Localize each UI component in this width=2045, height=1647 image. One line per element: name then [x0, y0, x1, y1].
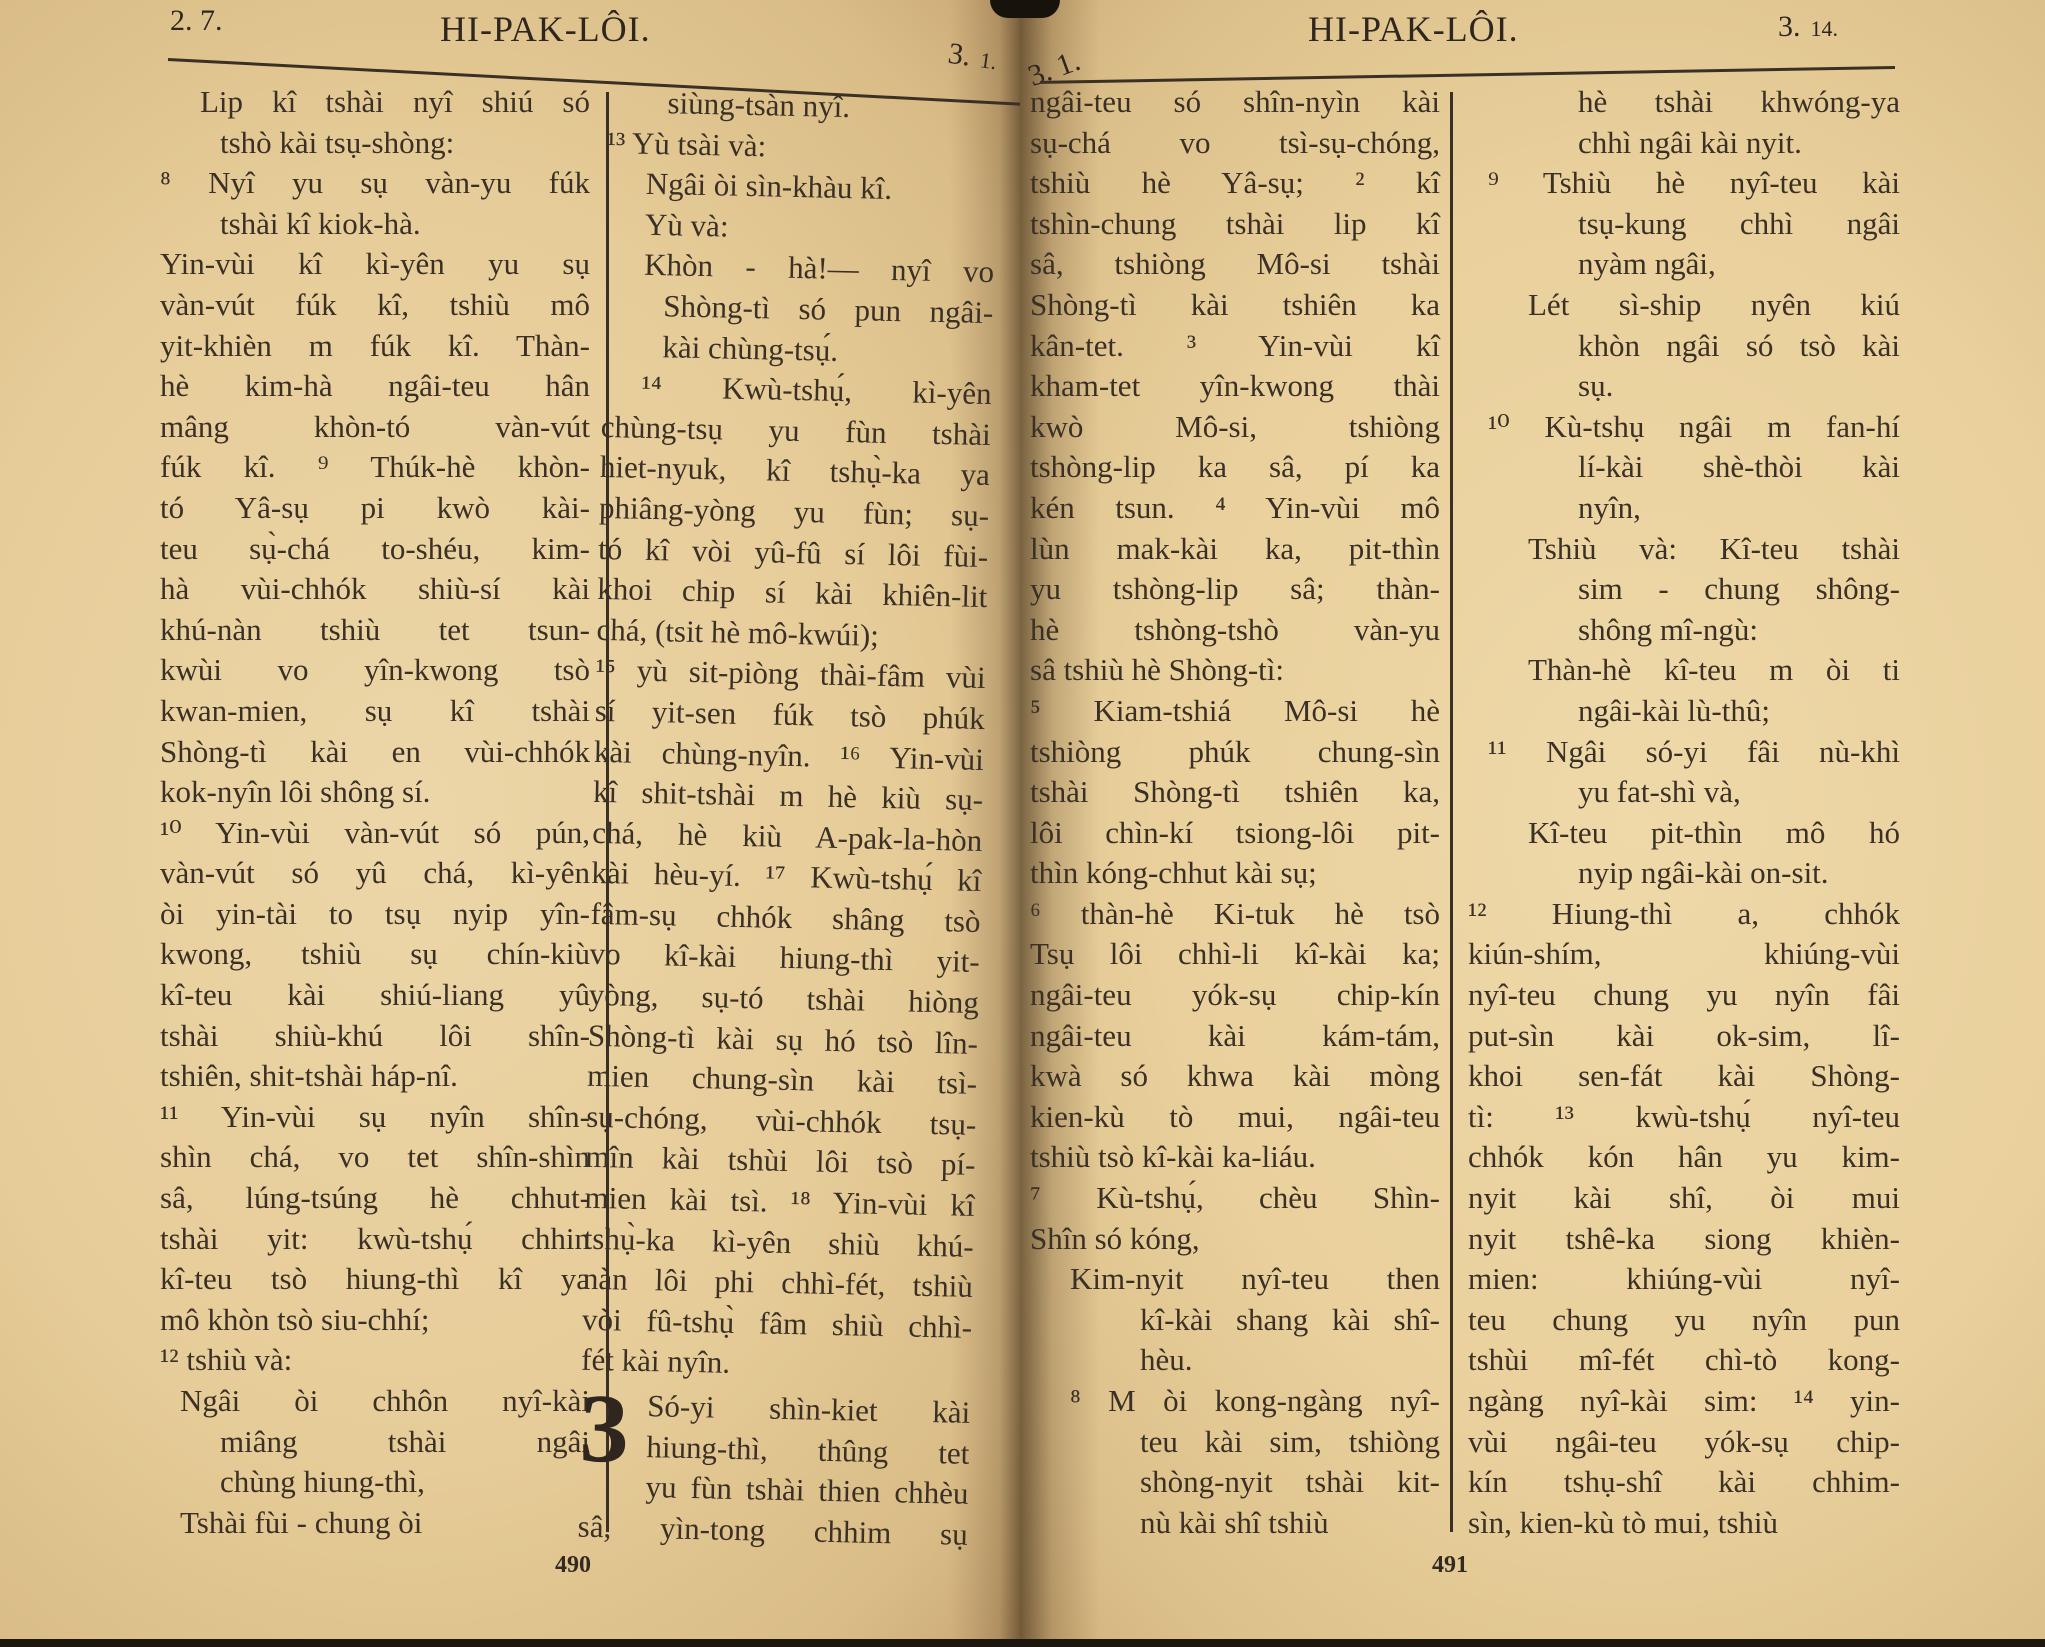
text-line: fét kài nyîn.	[581, 1340, 972, 1389]
text-line: tshiù hè Yâ-sụ; ² kî	[1030, 163, 1440, 204]
text-line: shông mî-ngù:	[1468, 610, 1900, 651]
verse-number: 14.	[1811, 16, 1839, 41]
right-page-column-2: hè tshài khwóng-yachhì ngâi kài nyit.⁹ T…	[1468, 82, 1900, 1543]
text-line: ⁸ M òi kong-ngàng nyî-	[1030, 1381, 1440, 1422]
text-line: Lip kî tshài nyî shiú só	[160, 82, 590, 123]
text-line: ⁶ thàn-hè Ki-tuk hè tsò	[1030, 894, 1440, 935]
left-page: 2. 7. HI-PAK-LÔI. 3.1. Lip kî tshài nyî …	[0, 0, 1020, 1647]
text-line: hè tshài khwóng-ya	[1468, 82, 1900, 123]
page-number: 490	[555, 1552, 591, 1579]
chapter-number: 3.	[1778, 10, 1801, 43]
text-line: sâ, yìn-tong chhim sụ	[577, 1506, 968, 1555]
text-line: ngâi-teu só shîn-nyìn kài	[1030, 82, 1440, 123]
chapter-drop-cap: 3	[579, 1387, 630, 1472]
text-line: khú-nàn tshiù tet tsun-	[160, 610, 590, 651]
text-line: nyit tshê-ka siong khièn-	[1468, 1219, 1900, 1260]
text-line: ⁷ Kù-tshụ́, chèu Shìn-	[1030, 1178, 1440, 1219]
text-line: kham-tet yîn-kwong thài	[1030, 366, 1440, 407]
text-line: put-sìn kài ok-sim, lî-	[1468, 1016, 1900, 1057]
text-line: kien-kù tò mui, ngâi-teu	[1030, 1097, 1440, 1138]
book-spread: 2. 7. HI-PAK-LÔI. 3.1. Lip kî tshài nyî …	[0, 0, 2045, 1647]
text-line: teu kài sim, tshiòng	[1030, 1422, 1440, 1463]
running-head-title: HI-PAK-LÔI.	[1308, 8, 1519, 50]
text-line: ⁸ Nyî yu sụ vàn-yu fúk	[160, 163, 590, 204]
text-line: Kî-teu pit-thìn mô hó	[1468, 813, 1900, 854]
verse-number: 1.	[978, 47, 998, 74]
text-line: lùn mak-kài ka, pit-thìn	[1030, 529, 1440, 570]
text-line: kwò Mô-si, tshiòng	[1030, 407, 1440, 448]
text-line: tó Yâ-sụ pi kwò kài-	[160, 488, 590, 529]
text-line: mâng khòn-tó vàn-vút	[160, 407, 590, 448]
text-line: vùi ngâi-teu yók-sụ chip-	[1468, 1422, 1900, 1463]
text-line: kwùi vo yîn-kwong tsò	[160, 650, 590, 691]
text-line: ngâi-teu kài kám-tám,	[1030, 1016, 1440, 1057]
text-line: tshiù tsò kî-kài ka-liáu.	[1030, 1137, 1440, 1178]
text-line: shòng-nyit tshài kit-	[1030, 1462, 1440, 1503]
text-line: sâ, tshiòng Mô-si tshài	[1030, 244, 1440, 285]
text-line: nyîn,	[1468, 488, 1900, 529]
text-line: lôi chìn-kí tsiong-lôi pit-	[1030, 813, 1440, 854]
text-line: kî-teu kài shiú-liang yû	[160, 975, 590, 1016]
right-page-column-1: ngâi-teu só shîn-nyìn kàisụ-chá vo tsì-s…	[1030, 82, 1440, 1543]
text-line: kî-kài shang kài shî-	[1030, 1300, 1440, 1341]
text-line: Tsụ lôi chhì-li kî-kài ka;	[1030, 934, 1440, 975]
text-line: hà vùi-chhók shiù-sí kài	[160, 569, 590, 610]
page-number: 491	[1432, 1552, 1468, 1579]
text-line: tshìn-chung tshài lip kî	[1030, 204, 1440, 245]
text-line: sâ tshiù hè Shòng-tì:	[1030, 650, 1440, 691]
chapter-number: 3.	[946, 37, 973, 73]
text-line: kiún-shím, khiúng-vùi	[1468, 934, 1900, 975]
text-line: ¹¹ Yin-vùi sụ nyîn shîn-	[160, 1097, 590, 1138]
chapter-start: 3Só-yi shìn-kiet kàihiung-thì, thûng tet…	[577, 1385, 970, 1556]
text-line: khòn ngâi só tsò kài	[1468, 326, 1900, 367]
text-line: mien: khiúng-vùi nyî-	[1468, 1259, 1900, 1300]
text-line: tshiòng phúk chung-sìn	[1030, 732, 1440, 773]
text-line: ¹⁰ Yin-vùi vàn-vút só pún,	[160, 813, 590, 854]
text-line: yu fat-shì và,	[1468, 772, 1900, 813]
text-line: kwong, tshiù sụ chín-kiù	[160, 934, 590, 975]
text-line: shìn chá, vo tet shîn-shìn	[160, 1137, 590, 1178]
text-line: fúk kî. ⁹ Thúk-hè khòn-	[160, 447, 590, 488]
text-line: ngàng nyî-kài sim: ¹⁴ yin-	[1468, 1381, 1900, 1422]
text-line: sìn, kien-kù tò mui, tshiù	[1468, 1503, 1900, 1544]
text-line: ¹¹ Ngâi só-yi fâi nù-khì	[1468, 732, 1900, 773]
text-line: chhì ngâi kài nyit.	[1468, 123, 1900, 164]
text-line: Thàn-hè kî-teu m òi ti	[1468, 650, 1900, 691]
text-line: sụ.	[1468, 366, 1900, 407]
running-head-right-ref: 3.14.	[1778, 10, 1838, 44]
text-line: Khòn - hà!— nyî vo	[604, 244, 995, 293]
text-line: tshò kài tsụ-shòng:	[160, 123, 590, 164]
text-line: kén tsun. ⁴ Yin-vùi mô	[1030, 488, 1440, 529]
text-line: Shîn só kóng,	[1030, 1219, 1440, 1260]
text-line: nyip ngâi-kài on-sit.	[1468, 853, 1900, 894]
text-line: tì: ¹³ kwù-tshụ́ nyî-teu	[1468, 1097, 1900, 1138]
text-line: hè kim-hà ngâi-teu hân	[160, 366, 590, 407]
text-line: Lét sì-ship nyên kiú	[1468, 285, 1900, 326]
text-line: mô khòn tsò siu-chhí;	[160, 1300, 590, 1341]
text-line: tshùi mî-fét chì-tò kong-	[1468, 1340, 1900, 1381]
text-line: nyî-teu chung yu nyîn fâi	[1468, 975, 1900, 1016]
text-line: tshiên, shit-tshài háp-nî.	[160, 1056, 590, 1097]
text-line: sụ-chá vo tsì-sụ-chóng,	[1030, 123, 1440, 164]
text-line: khoi sen-fát kài Shòng-	[1468, 1056, 1900, 1097]
text-line: Yin-vùi kî kì-yên yu sụ	[160, 244, 590, 285]
text-line: sim - chung shông-	[1468, 569, 1900, 610]
left-page-column-2: siùng-tsàn nyî.¹³ Yù tsài và:Ngâi òi sìn…	[577, 82, 998, 1555]
column-divider	[1450, 92, 1453, 1532]
left-page-column-1: Lip kî tshài nyî shiú sótshò kài tsụ-shò…	[160, 82, 590, 1543]
text-line: sâ, lúng-tsúng hè chhut-	[160, 1178, 590, 1219]
text-line: Ngâi òi chhôn nyî-kài	[160, 1381, 590, 1422]
text-line: kok-nyîn lôi shông sí.	[160, 772, 590, 813]
text-line: Kim-nyit nyî-teu then	[1030, 1259, 1440, 1300]
text-line: kî-teu tsò hiung-thì kî ya	[160, 1259, 590, 1300]
text-line: tshài Shòng-tì tshiên ka,	[1030, 772, 1440, 813]
text-line: hè tshòng-tshò vàn-yu	[1030, 610, 1440, 651]
text-line: tshòng-lip ka sâ, pí ka	[1030, 447, 1440, 488]
text-line: teu chung yu nyîn pun	[1468, 1300, 1900, 1341]
text-line: kwan-mien, sụ kî tshài	[160, 691, 590, 732]
text-line: kwà só khwa kài mòng	[1030, 1056, 1440, 1097]
text-line: vàn-vút só yû chá, kì-yên	[160, 853, 590, 894]
text-line: kín tshụ-shî kài chhim-	[1468, 1462, 1900, 1503]
text-line: thìn kóng-chhut kài sụ;	[1030, 853, 1440, 894]
text-line: ¹² Hiung-thì a, chhók	[1468, 894, 1900, 935]
text-line: miâng tshài ngâi	[160, 1422, 590, 1463]
text-line: òi yin-tài to tsụ nyip yîn-	[160, 894, 590, 935]
text-line: ¹² tshiù và:	[160, 1340, 590, 1381]
text-line: ngâi-kài lù-thû;	[1468, 691, 1900, 732]
text-line: ⁵ Kiam-tshiá Mô-si hè	[1030, 691, 1440, 732]
text-line: ⁹ Tshiù hè nyî-teu kài	[1468, 163, 1900, 204]
text-line: nù kài shî tshiù	[1030, 1503, 1440, 1544]
text-line: yu tshòng-lip sâ; thàn-	[1030, 569, 1440, 610]
text-line: tshài shiù-khú lôi shîn-	[160, 1016, 590, 1057]
text-line: yit-khièn m fúk kî. Thàn-	[160, 326, 590, 367]
text-line: Shòng-tì kài tshiên ka	[1030, 285, 1440, 326]
text-line: hèu.	[1030, 1340, 1440, 1381]
text-line: tsụ-kung chhì ngâi	[1468, 204, 1900, 245]
page-bottom-edge	[0, 1639, 2045, 1647]
running-head-right-ref: 3.1.	[946, 37, 999, 77]
running-head-title: HI-PAK-LÔI.	[440, 8, 651, 50]
text-line: kân-tet. ³ Yin-vùi kî	[1030, 326, 1440, 367]
running-head-left-ref: 2. 7.	[170, 4, 223, 38]
text-line: Tshiù và: Kî-teu tshài	[1468, 529, 1900, 570]
text-line: lí-kài shè-thòi kài	[1468, 447, 1900, 488]
text-line: teu sụ̀-chá to-shéu, kim-	[160, 529, 590, 570]
right-page: 3. 1. HI-PAK-LÔI. 3.14. ngâi-teu só shîn…	[1020, 0, 2045, 1647]
text-line: Tshài fùi - chung òi	[160, 1503, 590, 1544]
text-line: Shòng-tì kài en vùi-chhók	[160, 732, 590, 773]
text-line: chùng hiung-thì,	[160, 1462, 590, 1503]
text-line: nyit kài shî, òi mui	[1468, 1178, 1900, 1219]
text-line: chhók kón hân yu kim-	[1468, 1137, 1900, 1178]
text-line: tshài kî kiok-hà.	[160, 204, 590, 245]
book-binding	[990, 0, 1060, 18]
text-line: vàn-vút fúk kî, tshiù mô	[160, 285, 590, 326]
text-line: nyàm ngâi,	[1468, 244, 1900, 285]
text-line: tshài yit: kwù-tshụ́ chhin	[160, 1219, 590, 1260]
text-line: ngâi-teu yók-sụ chip-kín	[1030, 975, 1440, 1016]
text-line: ¹⁰ Kù-tshụ ngâi m fan-hí	[1468, 407, 1900, 448]
